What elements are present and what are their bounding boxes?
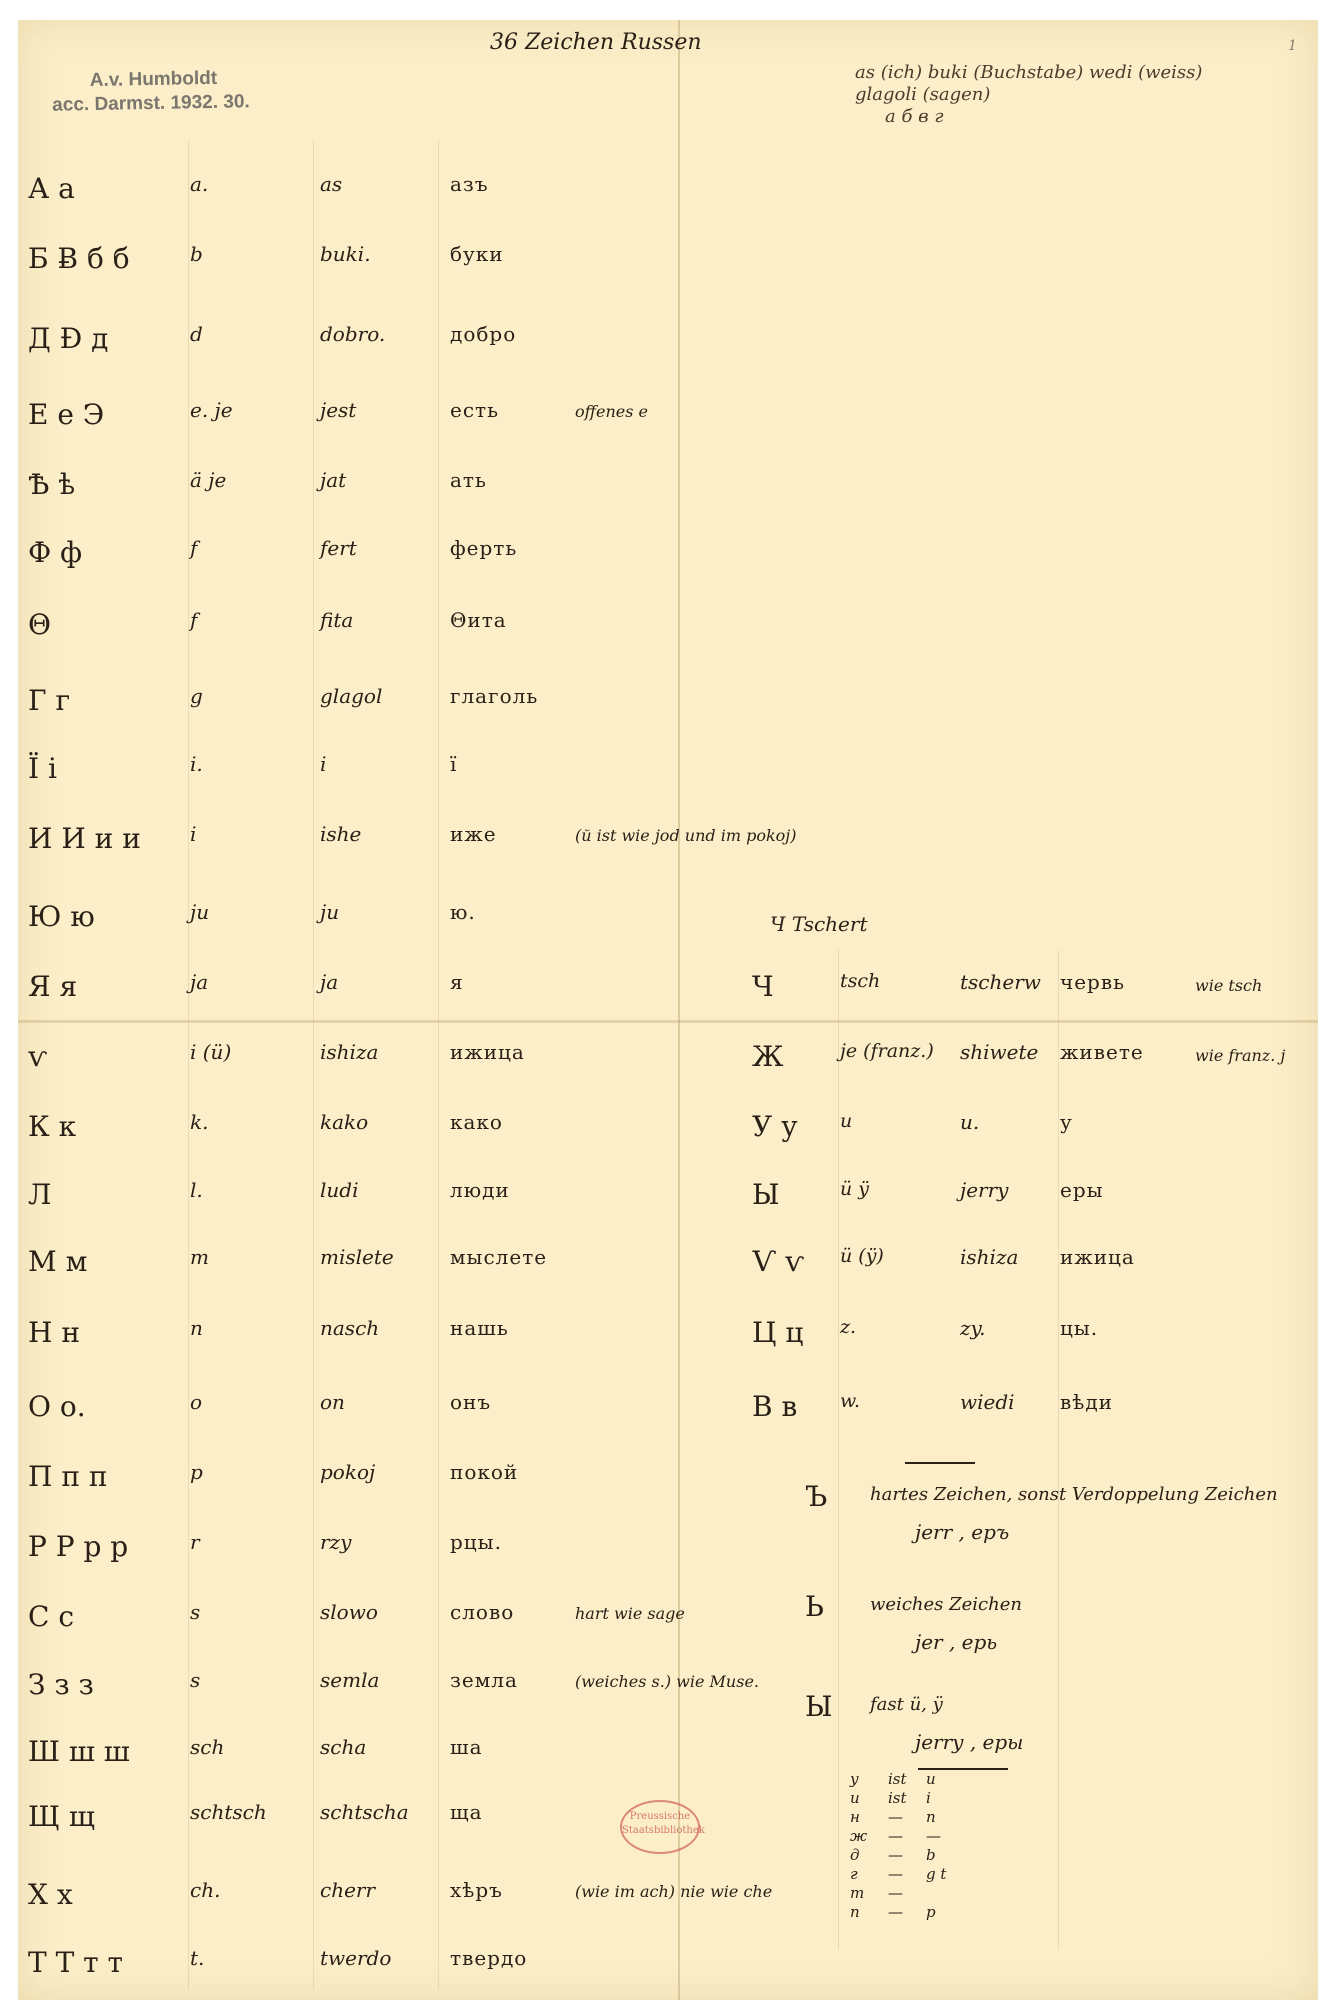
letter-name-latin: tscherw bbox=[960, 970, 1041, 994]
sound-value: u bbox=[840, 1110, 852, 1132]
sound-value: r bbox=[190, 1530, 200, 1554]
letter-name-latin: fert bbox=[320, 536, 357, 560]
row-annotation: (й ist wie jod und im pokoj) bbox=[575, 826, 796, 845]
key-cell: i bbox=[926, 1789, 964, 1808]
archive-stamp-line2: acc. Darmst. 1932. 30. bbox=[52, 90, 250, 117]
key-cell: u bbox=[926, 1770, 964, 1789]
sound-value: i. bbox=[190, 752, 203, 776]
key-cell: — bbox=[888, 1827, 926, 1846]
letter-forms: Ж bbox=[752, 1040, 783, 1073]
row-annotation: offenes e bbox=[575, 402, 648, 421]
sign-glyph: Ь bbox=[805, 1590, 824, 1623]
table-row: З з зssemlaземла(weiches s.) wie Muse. bbox=[0, 1668, 660, 1708]
letter-forms: П п п bbox=[28, 1460, 108, 1493]
letter-key-list: уistuиistiн—nж——д—bг—g tт—п—p bbox=[850, 1770, 964, 1922]
table-row: Ї іi.iї bbox=[0, 752, 660, 792]
table-row: Б Ƀ б бbbuki.буки bbox=[0, 242, 660, 282]
letter-forms: Ю ю bbox=[28, 900, 95, 933]
letter-name-latin: jat bbox=[320, 468, 346, 492]
top-note-line1: as (ich) buki (Buchstabe) wedi (weiss) bbox=[855, 62, 1202, 84]
page-number: 1 bbox=[1288, 38, 1297, 54]
sound-value: p bbox=[190, 1460, 203, 1484]
letter-forms: Ч bbox=[752, 970, 774, 1003]
letter-forms: И И и и bbox=[28, 822, 141, 855]
letter-name-cyrillic: ферть bbox=[450, 536, 517, 560]
sign-description: hartes Zeichen, sonst Verdoppelung Zeich… bbox=[870, 1484, 1278, 1505]
letter-name-cyrillic: ижица bbox=[1060, 1245, 1135, 1269]
table-row: Г гgglagolглаголь bbox=[0, 684, 660, 724]
table-row: Ш ш шschschaша bbox=[0, 1735, 660, 1775]
letter-forms: В в bbox=[752, 1390, 797, 1423]
table-row: А аa.asазъ bbox=[0, 172, 660, 212]
sound-value: s bbox=[190, 1668, 200, 1692]
table-row: ΘffitaΘита bbox=[0, 608, 660, 648]
letter-name-latin: scha bbox=[320, 1735, 366, 1759]
sign-glyph: Ы bbox=[805, 1690, 833, 1723]
sound-value: ä je bbox=[190, 468, 226, 492]
top-note-line2: glagoli (sagen) bbox=[855, 84, 1202, 106]
key-cell: n bbox=[926, 1808, 964, 1827]
letter-name-latin: cherr bbox=[320, 1878, 375, 1902]
letter-name-cyrillic: живете bbox=[1060, 1040, 1144, 1064]
letter-name-cyrillic: азъ bbox=[450, 172, 489, 196]
letter-name-latin: u. bbox=[960, 1110, 979, 1134]
vertical-fold-line bbox=[678, 20, 680, 2000]
letter-name-cyrillic: рцы. bbox=[450, 1530, 502, 1554]
key-cell: b bbox=[926, 1846, 964, 1865]
table-row: Ѵ ѵü (ÿ)ishizaижица bbox=[0, 1245, 660, 1285]
letter-name-latin: as bbox=[320, 172, 342, 196]
letter-name-latin: semla bbox=[320, 1668, 379, 1692]
key-cell: д bbox=[850, 1846, 888, 1865]
table-row: В вw.wiediвѣди bbox=[0, 1390, 660, 1430]
letter-name-cyrillic: цы. bbox=[1060, 1316, 1098, 1340]
letter-forms: Щ щ bbox=[28, 1800, 95, 1833]
letter-name-cyrillic: ша bbox=[450, 1735, 483, 1759]
key-cell: ist bbox=[888, 1789, 926, 1808]
table-row: Х хch.cherrхѣръ(wie im ach) nie wie che bbox=[0, 1878, 660, 1918]
letter-forms: Ї і bbox=[28, 752, 57, 785]
sound-value: t. bbox=[190, 1946, 204, 1970]
letter-forms: Ш ш ш bbox=[28, 1735, 130, 1768]
letter-name-cyrillic: покой bbox=[450, 1460, 518, 1484]
letter-forms: Р Р р р bbox=[28, 1530, 128, 1563]
sound-value: je (franz.) bbox=[840, 1040, 934, 1062]
letter-name-latin: i bbox=[320, 752, 326, 776]
top-note: as (ich) buki (Buchstabe) wedi (weiss) g… bbox=[855, 62, 1202, 128]
key-row: т— bbox=[850, 1884, 964, 1903]
letter-name-cyrillic: червь bbox=[1060, 970, 1125, 994]
sound-value: g bbox=[190, 684, 203, 708]
letter-name-latin: jest bbox=[320, 398, 356, 422]
table-row: У уuu.у bbox=[0, 1110, 660, 1150]
sound-value: ü (ÿ) bbox=[840, 1245, 884, 1267]
table-row: Щ щschtschschtschaща bbox=[0, 1800, 660, 1840]
letter-name-latin: pokoj bbox=[320, 1460, 375, 1484]
sign-name: jerr , еръ bbox=[915, 1520, 1009, 1544]
horizontal-fold-line bbox=[18, 1020, 1318, 1023]
page-title: 36 Zeichen Russen bbox=[490, 30, 702, 55]
letter-forms: Ф ф bbox=[28, 536, 82, 569]
sound-value: s bbox=[190, 1600, 200, 1624]
row-annotation: hart wie sage bbox=[575, 1604, 685, 1623]
key-row: п—p bbox=[850, 1903, 964, 1922]
library-stamp: Preussische Staatsbibliothek bbox=[620, 1800, 700, 1854]
letter-name-latin: fita bbox=[320, 608, 353, 632]
key-cell: т bbox=[850, 1884, 888, 1903]
archive-stamp: A.v. Humboldt acc. Darmst. 1932. 30. bbox=[52, 66, 250, 117]
letter-name-latin: jerry bbox=[960, 1178, 1008, 1202]
letter-name-latin: zy. bbox=[960, 1316, 986, 1340]
key-cell: — bbox=[926, 1827, 964, 1846]
letter-name-latin: dobro. bbox=[320, 322, 385, 346]
key-cell: — bbox=[888, 1903, 926, 1922]
sound-value: b bbox=[190, 242, 203, 266]
key-row: н—n bbox=[850, 1808, 964, 1827]
sound-value: f bbox=[190, 608, 197, 632]
key-cell: и bbox=[850, 1789, 888, 1808]
letter-forms: Ц ц bbox=[752, 1316, 803, 1349]
table-row: Жje (franz.)shiweteживетеwie franz. j bbox=[0, 1040, 660, 1080]
sound-value: ch. bbox=[190, 1878, 220, 1902]
letter-name-cyrillic: есть bbox=[450, 398, 499, 422]
column-rule bbox=[1058, 950, 1059, 1950]
letter-name-cyrillic: глаголь bbox=[450, 684, 538, 708]
table-row: Ю юjujuю. bbox=[0, 900, 660, 940]
letter-name-cyrillic: добро bbox=[450, 322, 516, 346]
letter-name-latin: rzy bbox=[320, 1530, 351, 1554]
letter-name-cyrillic: у bbox=[1060, 1110, 1073, 1134]
sound-value: f bbox=[190, 536, 197, 560]
table-row: Ф фffertферть bbox=[0, 536, 660, 576]
key-row: г—g t bbox=[850, 1865, 964, 1884]
sound-value: a. bbox=[190, 172, 208, 196]
sound-value: tsch bbox=[840, 970, 880, 992]
sound-value: i bbox=[190, 822, 196, 846]
table-row: П п пppokojпокой bbox=[0, 1460, 660, 1500]
letter-name-cyrillic: ї bbox=[450, 752, 457, 776]
table-row: Р Р р рrrzyрцы. bbox=[0, 1530, 660, 1570]
key-cell: — bbox=[888, 1846, 926, 1865]
sound-value: sch bbox=[190, 1735, 224, 1759]
letter-forms: Т Т т т bbox=[28, 1946, 123, 1979]
key-cell: у bbox=[850, 1770, 888, 1789]
table-row: Ѣ ѣä jejatать bbox=[0, 468, 660, 508]
letter-forms: Х х bbox=[28, 1878, 73, 1911]
letter-forms: Д Ð д bbox=[28, 322, 108, 355]
letter-name-cyrillic: ща bbox=[450, 1800, 483, 1824]
row-annotation: wie franz. j bbox=[1195, 1046, 1285, 1065]
key-cell: — bbox=[888, 1884, 926, 1903]
key-row: д—b bbox=[850, 1846, 964, 1865]
letter-name-cyrillic: Θита bbox=[450, 608, 507, 632]
letter-name-cyrillic: вѣди bbox=[1060, 1390, 1113, 1414]
key-cell: ж bbox=[850, 1827, 888, 1846]
letter-name-latin: buki. bbox=[320, 242, 371, 266]
sign-glyph: Ъ bbox=[805, 1480, 827, 1513]
table-row: Д Ð дddobro.добро bbox=[0, 322, 660, 362]
sound-value: ju bbox=[190, 900, 209, 924]
sign-name: jerry , еры bbox=[915, 1730, 1023, 1754]
letter-name-latin: ishe bbox=[320, 822, 361, 846]
letter-forms: З з з bbox=[28, 1668, 94, 1701]
letter-name-latin: ishiza bbox=[960, 1245, 1018, 1269]
top-note-line3: a б в г bbox=[855, 106, 1202, 128]
letter-forms: Б Ƀ б б bbox=[28, 242, 130, 275]
letter-name-latin: slowo bbox=[320, 1600, 378, 1624]
sound-value: e. je bbox=[190, 398, 233, 422]
letter-forms: Ѵ ѵ bbox=[752, 1245, 804, 1278]
letter-name-cyrillic: еры bbox=[1060, 1178, 1104, 1202]
divider-line bbox=[905, 1462, 975, 1464]
key-cell: g t bbox=[926, 1865, 964, 1884]
sound-value: schtsch bbox=[190, 1800, 267, 1824]
letter-forms: А а bbox=[28, 172, 75, 205]
table-row: И И и иiisheиже(й ist wie jod und im pok… bbox=[0, 822, 660, 862]
key-cell: — bbox=[888, 1808, 926, 1827]
sound-value: ü ÿ bbox=[840, 1178, 869, 1200]
letter-name-cyrillic: ю. bbox=[450, 900, 476, 924]
sign-description: fast ü, ÿ bbox=[870, 1694, 943, 1715]
letter-name-latin: wiedi bbox=[960, 1390, 1015, 1414]
letter-name-cyrillic: земла bbox=[450, 1668, 518, 1692]
key-cell: г bbox=[850, 1865, 888, 1884]
letter-name-latin: glagol bbox=[320, 684, 382, 708]
key-row: уistu bbox=[850, 1770, 964, 1789]
letter-forms: С с bbox=[28, 1600, 74, 1633]
archive-stamp-line1: A.v. Humboldt bbox=[52, 66, 250, 93]
column-rule bbox=[838, 950, 839, 1950]
letter-forms: Θ bbox=[28, 608, 51, 641]
key-cell: — bbox=[888, 1865, 926, 1884]
letter-forms: Ы bbox=[752, 1178, 780, 1211]
table-row: Т Т т тt.twerdoтвердо bbox=[0, 1946, 660, 1986]
table-row: Ыü ÿjerryеры bbox=[0, 1178, 660, 1218]
sign-description: weiches Zeichen bbox=[870, 1594, 1022, 1615]
letter-forms: Г г bbox=[28, 684, 70, 717]
table-row: С сsslowoсловоhart wie sage bbox=[0, 1600, 660, 1640]
key-cell: н bbox=[850, 1808, 888, 1827]
sound-value: z. bbox=[840, 1316, 856, 1338]
row-annotation: wie tsch bbox=[1195, 976, 1262, 995]
right-table-heading: Ч Tschert bbox=[770, 912, 867, 936]
table-row: Ц цz.zy.цы. bbox=[0, 1316, 660, 1356]
letter-name-cyrillic: твердо bbox=[450, 1946, 527, 1970]
row-annotation: (weiches s.) wie Muse. bbox=[575, 1672, 759, 1691]
key-cell: p bbox=[926, 1903, 964, 1922]
sound-value: d bbox=[190, 322, 203, 346]
letter-name-cyrillic: буки bbox=[450, 242, 504, 266]
letter-name-latin: shiwete bbox=[960, 1040, 1038, 1064]
sound-value: w. bbox=[840, 1390, 860, 1412]
library-stamp-text: Preussische Staatsbibliothek bbox=[622, 1811, 705, 1836]
letter-forms: Е е Э bbox=[28, 398, 104, 431]
table-row: Е е Эe. jejestестьoffenes e bbox=[0, 398, 660, 438]
key-cell: ist bbox=[888, 1770, 926, 1789]
letter-name-cyrillic: иже bbox=[450, 822, 497, 846]
key-row: ж—— bbox=[850, 1827, 964, 1846]
key-cell: п bbox=[850, 1903, 888, 1922]
letter-name-cyrillic: ать bbox=[450, 468, 487, 492]
key-row: иisti bbox=[850, 1789, 964, 1808]
sign-name: jer , ерь bbox=[915, 1630, 997, 1654]
letter-name-latin: schtscha bbox=[320, 1800, 409, 1824]
letter-name-cyrillic: хѣръ bbox=[450, 1878, 503, 1902]
letter-forms: Ѣ ѣ bbox=[28, 468, 75, 501]
table-row: Чtschtscherwчервьwie tsch bbox=[0, 970, 660, 1010]
letter-forms: У у bbox=[752, 1110, 798, 1143]
letter-name-latin: twerdo bbox=[320, 1946, 391, 1970]
letter-name-latin: ju bbox=[320, 900, 339, 924]
letter-name-cyrillic: слово bbox=[450, 1600, 514, 1624]
row-annotation: (wie im ach) nie wie che bbox=[575, 1882, 772, 1901]
